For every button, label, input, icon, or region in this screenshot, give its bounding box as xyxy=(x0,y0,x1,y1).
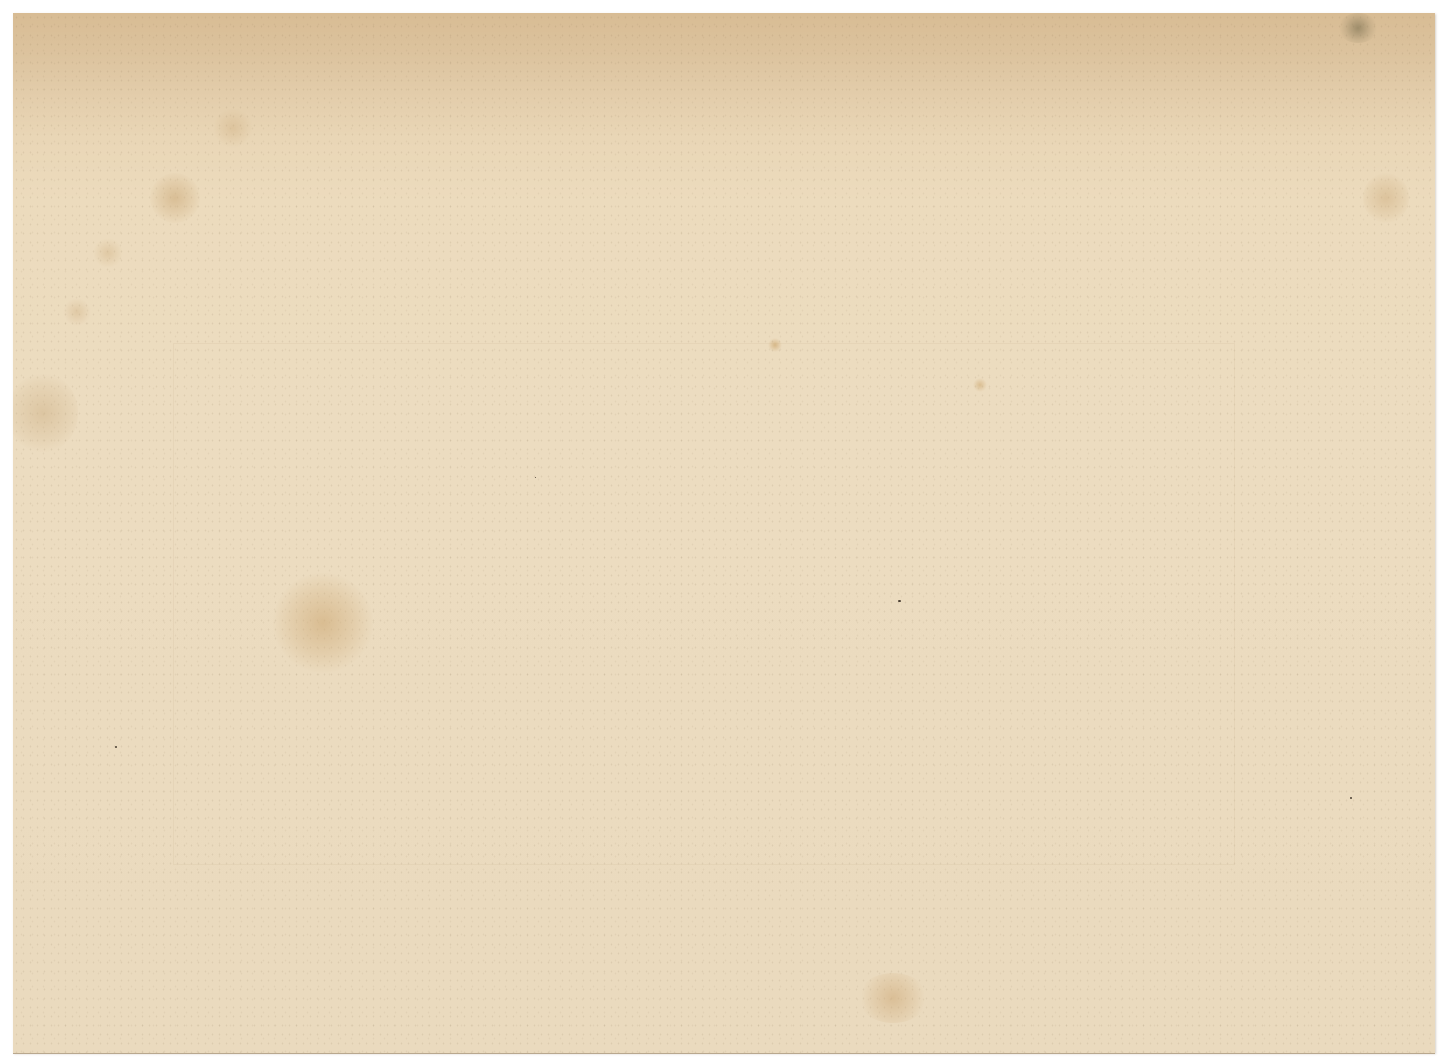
faint-plate-mark xyxy=(173,343,1235,865)
speck xyxy=(535,477,536,478)
speck xyxy=(115,746,117,748)
aged-paper-sheet xyxy=(13,13,1435,1053)
speck xyxy=(898,600,901,602)
speck xyxy=(1350,797,1352,799)
scan-canvas xyxy=(0,0,1452,1064)
